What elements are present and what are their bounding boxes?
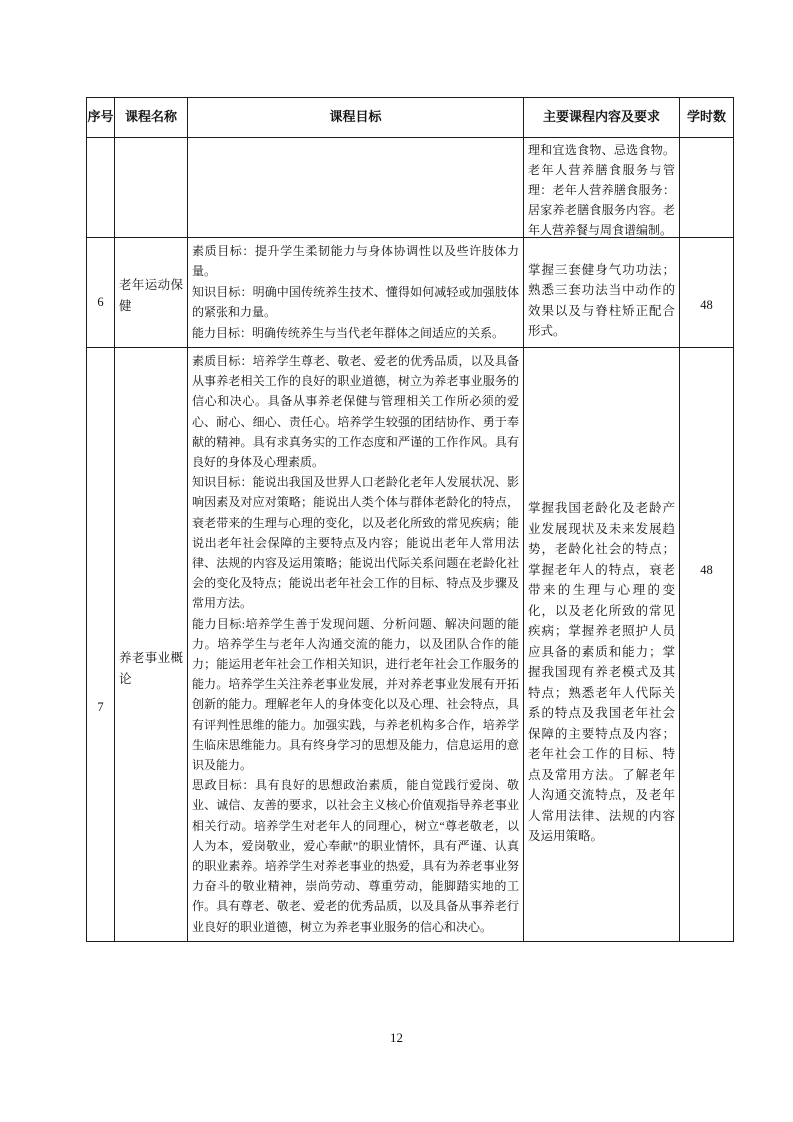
row7-seq-cell: 7	[87, 348, 115, 942]
document-page: 序号 课程名称 课程目标 主要课程内容及要求 学时数 理和宜选食物、忌选食物。老…	[0, 0, 793, 1122]
col-header-course-goal: 课程目标	[188, 98, 524, 138]
row7-hours: 48	[700, 560, 713, 581]
row6-content-text: 掌握三套健身气功功法；熟悉三套功法当中动作的效果以及与脊柱矫正配合形式。	[528, 260, 675, 342]
row7-content-cell: 掌握我国老龄化及老龄产业发展现状及未来发展趋势，老龄化社会的特点；掌握老年人的特…	[524, 348, 680, 942]
row7-content-text: 掌握我国老龄化及老龄产业发展现状及未来发展趋势，老龄化社会的特点；掌握老年人的特…	[528, 498, 675, 847]
course-table: 序号 课程名称 课程目标 主要课程内容及要求 学时数 理和宜选食物、忌选食物。老…	[86, 97, 734, 942]
row6-seq: 6	[97, 292, 103, 313]
row6-hours: 48	[700, 295, 713, 316]
rowA-goal-cell	[188, 138, 524, 238]
row6-course-name: 老年运动保健	[119, 275, 183, 317]
row6-hours-cell: 48	[680, 238, 734, 348]
col-header-course-content: 主要课程内容及要求	[524, 98, 680, 138]
col-header-course-name: 课程名称	[115, 98, 188, 138]
row7-hours-cell: 48	[680, 348, 734, 942]
col-header-seq: 序号	[87, 98, 115, 138]
page-number: 12	[0, 1030, 793, 1046]
row7-course-name: 养老事业概论	[119, 648, 183, 690]
rowA-hours-cell	[680, 138, 734, 238]
col-header-hours: 学时数	[680, 98, 734, 138]
rowA-name-cell	[115, 138, 188, 238]
row6-goal-cell: 素质目标：提升学生柔韧能力与身体协调性以及些许肢体力量。知识目标：明确中国传统养…	[188, 238, 524, 348]
row6-content-cell: 掌握三套健身气功功法；熟悉三套功法当中动作的效果以及与脊柱矫正配合形式。	[524, 238, 680, 348]
row7-goal-cell: 素质目标：培养学生尊老、敬老、爱老的优秀品质，以及具备从事养老相关工作的良好的职…	[188, 348, 524, 942]
row7-name-cell: 养老事业概论	[115, 348, 188, 942]
rowA-content-cell: 理和宜选食物、忌选食物。老年人营养膳食服务与管理：老年人营养膳食服务：居家养老膳…	[524, 138, 680, 238]
row6-name-cell: 老年运动保健	[115, 238, 188, 348]
rowA-seq-cell	[87, 138, 115, 238]
row6-seq-cell: 6	[87, 238, 115, 348]
row7-seq: 7	[97, 697, 103, 718]
